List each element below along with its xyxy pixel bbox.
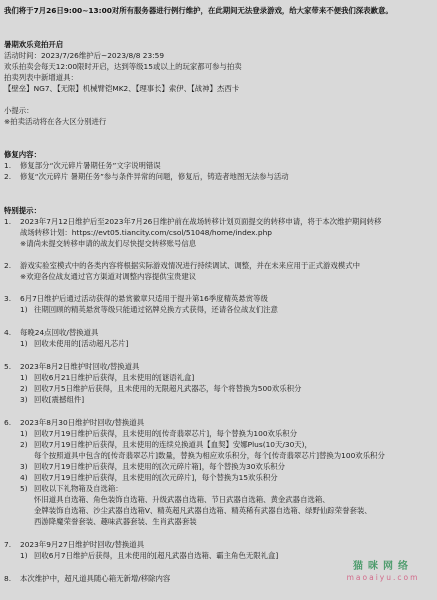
special-item: 7.2023年9月27日维护时回收/替换道具: [4, 540, 144, 550]
maintenance-headline: 我们将于7月26日9:00~13:00对所有服务器进行例行维护，在此期间无法登录…: [4, 6, 393, 16]
fix-item: 2.修复“次元碎片 暑期任务”参与条件异常的问题，修复后，铸造者地图无法参与活动: [4, 172, 289, 182]
special-item: 6.2023年8月30日维护时回收/替换道具: [4, 418, 144, 428]
special-item: 2.游戏实验室模式中的各类内容将根据实际游戏情况进行持续调试、调整，并在未来应用…: [4, 261, 360, 271]
fix-item-number: 2.: [4, 172, 20, 182]
special-item-number: 1.: [4, 217, 20, 227]
auction-time: 活动时间：2023/7/26维护后~2023/8/8 23:59: [4, 51, 164, 61]
special-item-text: 2023年9月27日维护时回收/替换道具: [20, 540, 144, 549]
special-item-note: ※欢迎各位战友通过官方渠道对调整内容提供宝贵建议: [20, 272, 196, 282]
special-item-text: 本次维护中，超凡道具随心箱无新增/移除内容: [20, 574, 170, 583]
auction-tip: ※拍卖活动将在各大区分别进行: [4, 117, 106, 127]
special-item-text: 2023年8月2日维护时回收/替换道具: [20, 362, 139, 371]
special-item: 3.6月7日维护后通过活动获得的悬赏徽章只适用于提升第16季度精英悬赏等级: [4, 294, 268, 304]
special-item-text: 2023年8月30日维护时回收/替换道具: [20, 418, 144, 427]
subitem-text: 回收6月7日维护后获得，且未使用的[超凡武器自选箱、霸主角色无限礼盒]: [34, 551, 278, 560]
special-subitem: 1)回收未使用的[活动超凡芯片]: [20, 339, 128, 349]
auction-title: 暑期欢乐竞拍开启: [4, 40, 63, 50]
subitem-number: 5): [20, 484, 34, 494]
special-subitem: 1)回收6月21日维护后获得，且未使用的[谜语礼盒]: [20, 373, 194, 383]
subitem-number: 1): [20, 429, 34, 439]
special-item-note: ※请尚未提交转移申请的战友们尽快提交转移账号信息: [20, 239, 196, 249]
subitem-text: 回收7月19日维护后获得，且未使用的[次元碎片]，每个替换为15欢乐积分: [34, 473, 278, 482]
special-subitem: 4)回收7月19日维护后获得，且未使用的[次元碎片]，每个替换为15欢乐积分: [20, 473, 278, 483]
subitem-text: 往期回顾的精英悬赏等级只能通过铭牌兑换方式获得，还请各位战友们注意: [34, 305, 278, 314]
special-item: 1.2023年7月12日维护后至2023年7月26日维护前在战场转移计划页面提交…: [4, 217, 381, 227]
subitem-text: 回收7月19日维护后获得，且未使用的[次元碎片箱]，每个替换为30欢乐积分: [34, 462, 285, 471]
battlefield-transfer-link[interactable]: 战场转移计划：https://evt05.tiancity.com/csol/5…: [20, 228, 272, 238]
subitem-number: 1): [20, 373, 34, 383]
special-item-number: 8.: [4, 574, 20, 584]
auction-new-items-label: 拍卖列表中新增道具：: [4, 73, 78, 83]
special-item-text: 游戏实验室模式中的各类内容将根据实际游戏情况进行持续调试、调整，并在未来应用于正…: [20, 261, 360, 270]
fixes-title: 修复内容：: [4, 150, 41, 160]
auction-tip-label: 小提示：: [4, 106, 34, 116]
subitem-text: 回收7月5日维护后获得，且未使用的无限超凡武器芯，每个将替换为500欢乐积分: [34, 384, 301, 393]
special-item-number: 4.: [4, 328, 20, 338]
subitem-number: 2): [20, 440, 34, 450]
special-item: 4.每晚24点回收/替换道具: [4, 328, 98, 338]
special-item: 5.2023年8月2日维护时回收/替换道具: [4, 362, 139, 372]
subitem-text: 回收以下礼物箱及自选箱：: [34, 484, 123, 493]
subitem-number: 3): [20, 462, 34, 472]
subitem-text: 回收7月19日维护后获得，且未使用的连续兑换道具【血契】安娜Plus(10天/3…: [34, 440, 312, 449]
watermark: 猫咪网络 maoaiyu.com: [343, 561, 423, 583]
special-item-number: 2.: [4, 261, 20, 271]
subitem-text: 回收[震撼组件]: [34, 395, 84, 404]
special-item-text: 6月7日维护后通过活动获得的悬赏徽章只适用于提升第16季度精英悬赏等级: [20, 294, 268, 303]
special-item-text: 2023年7月12日维护后至2023年7月26日维护前在战场转移计划页面提交的转…: [20, 217, 381, 226]
subitem-number: 2): [20, 384, 34, 394]
gift-box-list: 金牌装饰自选箱、沙尘武器自选箱V、精英超凡武器自选箱、精英稀有武器自选箱、绿野仙…: [34, 506, 372, 516]
fix-item-number: 1.: [4, 161, 20, 171]
special-subitem: 5)回收以下礼物箱及自选箱：: [20, 484, 123, 494]
maintenance-notice-page: 我们将于7月26日9:00~13:00对所有服务器进行例行维护，在此期间无法登录…: [0, 0, 437, 600]
special-item-text: 每晚24点回收/替换道具: [20, 328, 98, 337]
auction-description: 欢乐拍卖会每天12:00限时开启，达到等级15或以上的玩家都可参与拍卖: [4, 62, 242, 72]
special-item-number: 3.: [4, 294, 20, 304]
fix-item: 1.修复部分“次元碎片暑期任务”文字说明错误: [4, 161, 161, 171]
watermark-chinese: 猫咪网络: [343, 561, 423, 573]
subitem-text: 回收未使用的[活动超凡芯片]: [34, 339, 128, 348]
gift-box-list: 西游降魔荣誉套装、趣味武器套装、生肖武器套装: [34, 517, 197, 527]
gift-box-list: 怀旧道具自选箱、角色装饰自选箱、升级武器自选箱、节日武器自选箱、黄金武器自选箱、: [34, 495, 330, 505]
special-item: 8.本次维护中，超凡道具随心箱无新增/移除内容: [4, 574, 170, 584]
subitem-text: 回收6月21日维护后获得，且未使用的[谜语礼盒]: [34, 373, 194, 382]
subitem-number: 3): [20, 395, 34, 405]
subitem-number: 1): [20, 305, 34, 315]
special-item-number: 5.: [4, 362, 20, 372]
subitem-number: 4): [20, 473, 34, 483]
fix-item-text: 修复部分“次元碎片暑期任务”文字说明错误: [20, 161, 161, 170]
special-subitem: 3)回收7月19日维护后获得，且未使用的[次元碎片箱]，每个替换为30欢乐积分: [20, 462, 285, 472]
special-subitem: 1)往期回顾的精英悬赏等级只能通过铭牌兑换方式获得，还请各位战友们注意: [20, 305, 278, 315]
subitem-number: 1): [20, 551, 34, 561]
special-subitem: 1)回收7月19日维护后获得，且未使用的[传奇翡翠芯片]，每个替换为100欢乐积…: [20, 429, 297, 439]
special-item-number: 6.: [4, 418, 20, 428]
special-subitem: 3)回收[震撼组件]: [20, 395, 84, 405]
fix-item-text: 修复“次元碎片 暑期任务”参与条件异常的问题，修复后，铸造者地图无法参与活动: [20, 172, 289, 181]
special-subitem: 2)回收7月5日维护后获得，且未使用的无限超凡武器芯，每个将替换为500欢乐积分: [20, 384, 301, 394]
special-title: 特别提示：: [4, 206, 41, 216]
subitem-number: 1): [20, 339, 34, 349]
watermark-domain: maoaiyu.com: [343, 573, 423, 583]
special-subitem: 2)回收7月19日维护后获得，且未使用的连续兑换道具【血契】安娜Plus(10天…: [20, 440, 312, 450]
special-subitem: 1)回收6月7日维护后获得，且未使用的[超凡武器自选箱、霸主角色无限礼盒]: [20, 551, 278, 561]
special-item-number: 7.: [4, 540, 20, 550]
subitem-text: 回收7月19日维护后获得，且未使用的[传奇翡翠芯片]，每个替换为100欢乐积分: [34, 429, 297, 438]
special-subitem-continued: 每个按照道具中包含的[传奇翡翠芯片]数量，替换为相应欢乐积分，每个[传奇翡翠芯片…: [34, 451, 385, 461]
auction-new-items: 【壁垒】NG7、【无限】机械臂铠MK2、【理事长】索伊、【战神】杰西卡: [4, 84, 239, 94]
